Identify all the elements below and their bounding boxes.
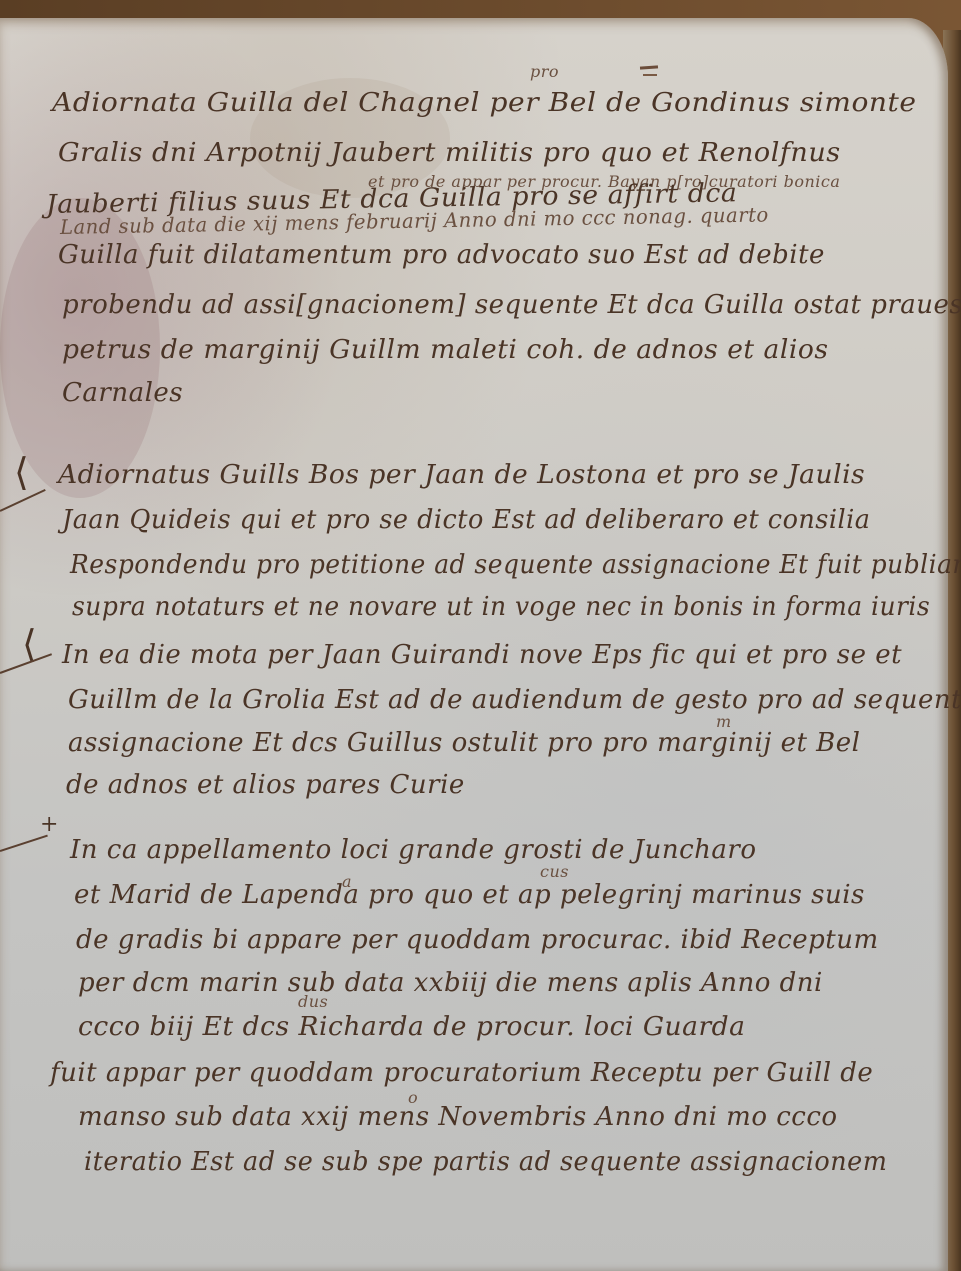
interlinear-note: pro: [530, 62, 559, 81]
manuscript-line: iteratio Est ad se sub spe partis ad seq…: [84, 1147, 887, 1177]
manuscript-line: Guilla fuit dilatamentum pro advocato su…: [58, 240, 825, 270]
manuscript-line: supra notaturs et ne novare ut in voge n…: [72, 592, 930, 622]
manuscript-line: Adiornata Guilla del Chagnel per Bel de …: [52, 88, 917, 118]
manuscript-line: ccco biij Et dcs Richarda de procur. loc…: [78, 1012, 745, 1042]
manuscript-line: per dcm marin sub data xxbiij die mens a…: [78, 968, 823, 998]
manuscript-line: et Marid de Lapenda pro quo et ap pelegr…: [74, 880, 865, 910]
manuscript-line: fuit appar per quoddam procuratorium Rec…: [50, 1058, 873, 1088]
manuscript-line: Adiornatus Guills Bos per Jaan de Loston…: [58, 460, 865, 490]
manuscript-line: petrus de marginij Guillm maleti coh. de…: [62, 335, 828, 365]
manuscript-line: de gradis bi appare per quoddam procurac…: [76, 925, 879, 955]
manuscript-line: Gralis dni Arpotnij Jaubert militis pro …: [58, 138, 841, 168]
manuscript-line: assignacione Et dcs Guillus ostulit pro …: [68, 728, 861, 758]
manuscript-line: de adnos et alios pares Curie: [66, 770, 465, 800]
interlinear-note: cus: [540, 862, 569, 881]
folio-mark: [643, 74, 657, 76]
manuscript-line: Jaan Quideis qui et pro se dicto Est ad …: [62, 505, 870, 535]
manuscript-line: manso sub data xxij mens Novembris Anno …: [78, 1102, 838, 1132]
folio-mark: [640, 65, 658, 69]
manuscript-line: In ca appellamento loci grande grosti de…: [70, 835, 756, 865]
manuscript-line: Guillm de la Grolia Est ad de audiendum …: [68, 685, 961, 715]
manuscript-line: Respondendu pro petitione ad sequente as…: [70, 550, 961, 580]
margin-bracket-icon: ⟨: [14, 450, 29, 494]
manuscript-line: probendu ad assi[gnacionem] sequente Et …: [62, 290, 961, 320]
margin-cross-icon: +: [40, 812, 58, 837]
interlinear-note: dus: [298, 992, 328, 1011]
manuscript-line: In ea die mota per Jaan Guirandi nove Ep…: [62, 640, 902, 670]
manuscript-line: Carnales: [62, 378, 183, 408]
